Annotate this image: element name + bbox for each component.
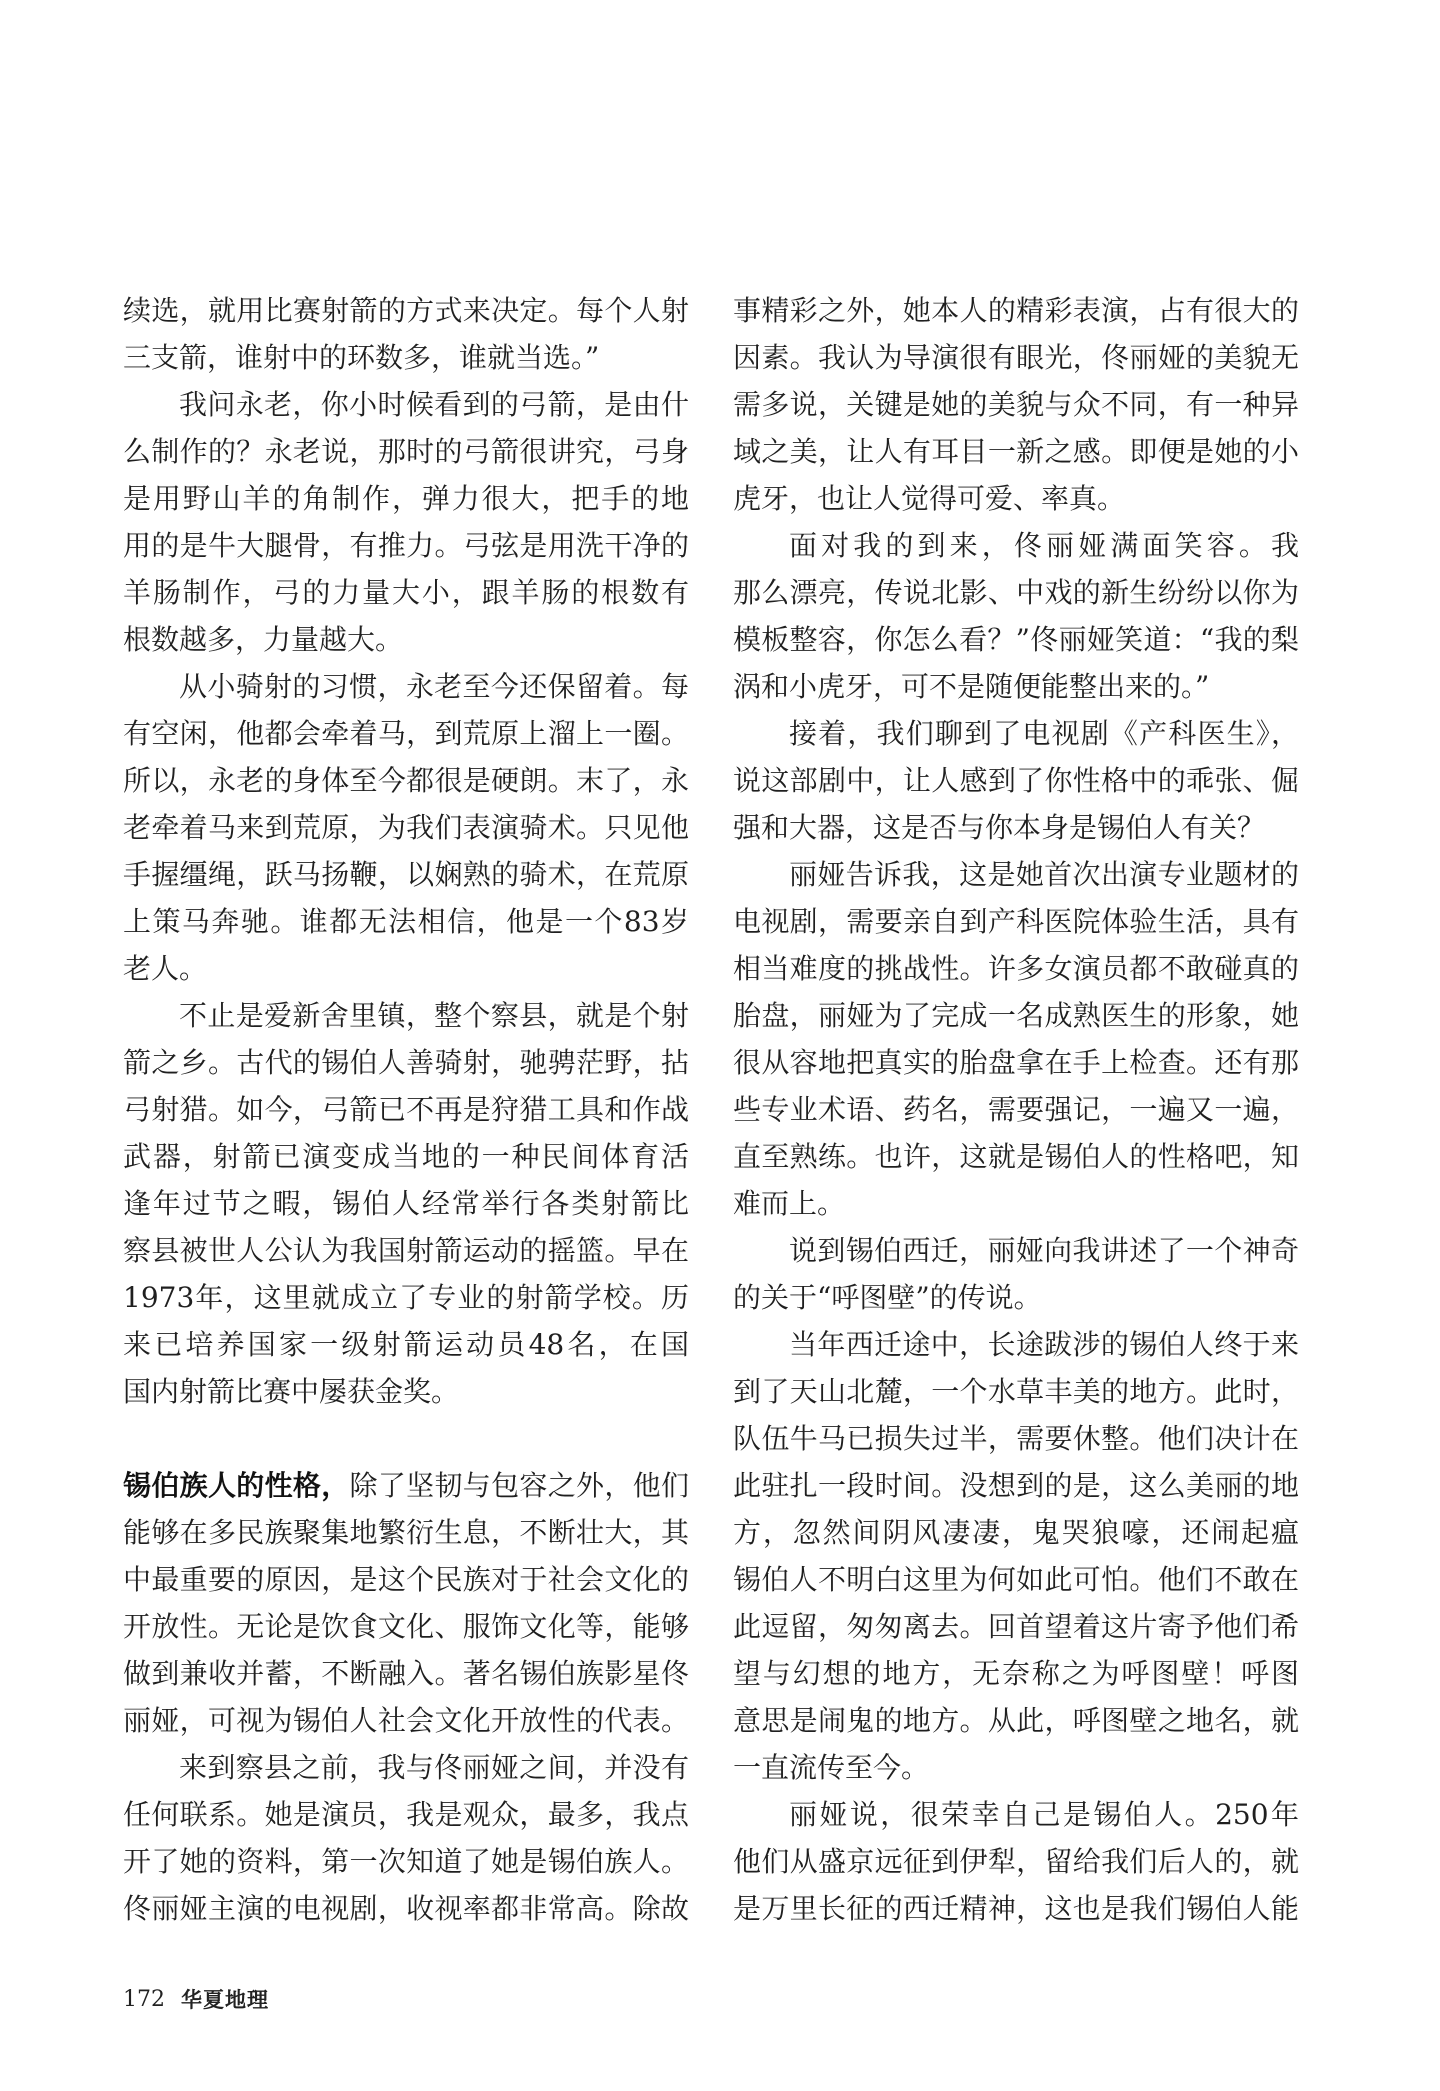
text-line: 弓射猎。如今，弓箭已不再是狩猎工具和作战 [123, 1086, 689, 1133]
text-line: 续选，就用比赛射箭的方式来决定。每个人射 [123, 287, 689, 334]
text-line: 三支箭，谁射中的环数多，谁就当选。” [123, 334, 689, 381]
paragraph-start-line: 丽娅说，很荣幸自己是锡伯人。250年前， [733, 1791, 1299, 1838]
text-line: 锡伯人不明白这里为何如此可怕。他们不敢在 [733, 1556, 1299, 1603]
paragraph-start-line: 丽娅告诉我，这是她首次出演专业题材的 [733, 851, 1299, 898]
article-column-right: 事精彩之外，她本人的精彩表演，占有很大的 因素。我认为导演很有眼光，佟丽娅的美貌… [733, 287, 1299, 1932]
text-line: 能够在多民族聚集地繁衍生息，不断壮大，其 [123, 1509, 689, 1556]
text-line: 国内射箭比赛中屡获金奖。 [123, 1368, 689, 1415]
text-line: 胎盘，丽娅为了完成一名成熟医生的形象，她 [733, 992, 1299, 1039]
text-line: 丽娅，可视为锡伯人社会文化开放性的代表。 [123, 1697, 689, 1744]
text-line: 开了她的资料，第一次知道了她是锡伯族人。 [123, 1838, 689, 1885]
text-line: 事精彩之外，她本人的精彩表演，占有很大的 [733, 287, 1299, 334]
text-line: 些专业术语、药名，需要强记，一遍又一遍， [733, 1086, 1299, 1133]
text-line: 上策马奔驰。谁都无法相信，他是一个83岁的 [123, 898, 689, 945]
text-line: 察县被世人公认为我国射箭运动的摇篮。早在 [123, 1227, 689, 1274]
text-line: 逢年过节之暇，锡伯人经常举行各类射箭比赛。 [123, 1180, 689, 1227]
text-line: 方，忽然间阴风凄凄，鬼哭狼嚎，还闹起瘟疫。 [733, 1509, 1299, 1556]
section-break [123, 1415, 689, 1462]
text-line: 开放性。无论是饮食文化、服饰文化等，能够 [123, 1603, 689, 1650]
text-line: 是万里长征的西迁精神，这也是我们锡伯人能 [733, 1885, 1299, 1932]
paragraph-start-line: 不止是爱新舍里镇，整个察县，就是个射 [123, 992, 689, 1039]
text-line: 强和大器，这是否与你本身是锡伯人有关？ [733, 804, 1299, 851]
text-line: 此逗留，匆匆离去。回首望着这片寄予他们希 [733, 1603, 1299, 1650]
magazine-name: 华夏地理 [181, 1986, 269, 2014]
text-line: 箭之乡。古代的锡伯人善骑射，驰骋茫野，拈 [123, 1039, 689, 1086]
text-line: 是用野山羊的角制作，弹力很大，把手的地方， [123, 475, 689, 522]
text-line: 有空闲，他都会牵着马，到荒原上溜上一圈。 [123, 710, 689, 757]
text-line: 的关于“呼图壁”的传说。 [733, 1274, 1299, 1321]
text-line: 虎牙，也让人觉得可爱、率真。 [733, 475, 1299, 522]
text-line: 因素。我认为导演很有眼光，佟丽娅的美貌无 [733, 334, 1299, 381]
section-lead-text: 除了坚韧与包容之外，他们 [350, 1469, 689, 1502]
text-line: 用的是牛大腿骨，有推力。弓弦是用洗干净的 [123, 522, 689, 569]
section-lead-line: 锡伯族人的性格，除了坚韧与包容之外，他们 [123, 1462, 689, 1509]
section-lead-heading: 锡伯族人的性格， [123, 1469, 350, 1502]
text-line: 需多说，关键是她的美貌与众不同，有一种异 [733, 381, 1299, 428]
text-line: 他们从盛京远征到伊犁，留给我们后人的，就 [733, 1838, 1299, 1885]
text-line: 老牵着马来到荒原，为我们表演骑术。只见他 [123, 804, 689, 851]
text-line: 羊肠制作，弓的力量大小，跟羊肠的根数有关， [123, 569, 689, 616]
paragraph-start-line: 说到锡伯西迁，丽娅向我讲述了一个神奇 [733, 1227, 1299, 1274]
paragraph-start-line: 我问永老，你小时候看到的弓箭，是由什 [123, 381, 689, 428]
text-line: 意思是闹鬼的地方。从此，呼图壁之地名，就 [733, 1697, 1299, 1744]
text-line: 说这部剧中，让人感到了你性格中的乖张、倔 [733, 757, 1299, 804]
page-number: 172 [123, 1986, 165, 2014]
text-line: 做到兼收并蓄，不断融入。著名锡伯族影星佟 [123, 1650, 689, 1697]
text-line: 1973年，这里就成立了专业的射箭学校。历年 [123, 1274, 689, 1321]
text-line: 模板整容，你怎么看？”佟丽娅笑道：“我的梨 [733, 616, 1299, 663]
text-line: 手握缰绳，跃马扬鞭，以娴熟的骑术，在荒原 [123, 851, 689, 898]
text-line: 难而上。 [733, 1180, 1299, 1227]
text-line: 到了天山北麓，一个水草丰美的地方。此时， [733, 1368, 1299, 1415]
paragraph-start-line: 接着，我们聊到了电视剧《产科医生》，我 [733, 710, 1299, 757]
text-line: 直至熟练。也许，这就是锡伯人的性格吧，知 [733, 1133, 1299, 1180]
text-line: 么制作的？永老说，那时的弓箭很讲究，弓身 [123, 428, 689, 475]
text-line: 很从容地把真实的胎盘拿在手上检查。还有那 [733, 1039, 1299, 1086]
text-line: 那么漂亮，传说北影、中戏的新生纷纷以你为 [733, 569, 1299, 616]
text-line: 老人。 [123, 945, 689, 992]
text-line: 来已培养国家一级射箭运动员48名，在国际、 [123, 1321, 689, 1368]
text-line: 涡和小虎牙，可不是随便能整出来的。” [733, 663, 1299, 710]
text-line: 所以，永老的身体至今都很是硬朗。末了，永 [123, 757, 689, 804]
text-line: 一直流传至今。 [733, 1744, 1299, 1791]
text-line: 相当难度的挑战性。许多女演员都不敢碰真的 [733, 945, 1299, 992]
text-line: 队伍牛马已损失过半，需要休整。他们决计在 [733, 1415, 1299, 1462]
article-column-left: 续选，就用比赛射箭的方式来决定。每个人射 三支箭，谁射中的环数多，谁就当选。” … [123, 287, 689, 1932]
text-line: 域之美，让人有耳目一新之感。即便是她的小 [733, 428, 1299, 475]
text-line: 望与幻想的地方，无奈称之为呼图壁！呼图壁！ [733, 1650, 1299, 1697]
paragraph-start-line: 当年西迁途中，长途跋涉的锡伯人终于来 [733, 1321, 1299, 1368]
text-line: 根数越多，力量越大。 [123, 616, 689, 663]
paragraph-start-line: 面对我的到来，佟丽娅满面笑容。我问：“你 [733, 522, 1299, 569]
text-line: 此驻扎一段时间。没想到的是，这么美丽的地 [733, 1462, 1299, 1509]
paragraph-start-line: 从小骑射的习惯，永老至今还保留着。每 [123, 663, 689, 710]
paragraph-start-line: 来到察县之前，我与佟丽娅之间，并没有 [123, 1744, 689, 1791]
text-line: 电视剧，需要亲自到产科医院体验生活，具有 [733, 898, 1299, 945]
text-line: 佟丽娅主演的电视剧，收视率都非常高。除故 [123, 1885, 689, 1932]
text-line: 任何联系。她是演员，我是观众，最多，我点 [123, 1791, 689, 1838]
page-footer: 172 华夏地理 [123, 1986, 269, 2014]
text-line: 中最重要的原因，是这个民族对于社会文化的 [123, 1556, 689, 1603]
text-line: 武器，射箭已演变成当地的一种民间体育活动。 [123, 1133, 689, 1180]
